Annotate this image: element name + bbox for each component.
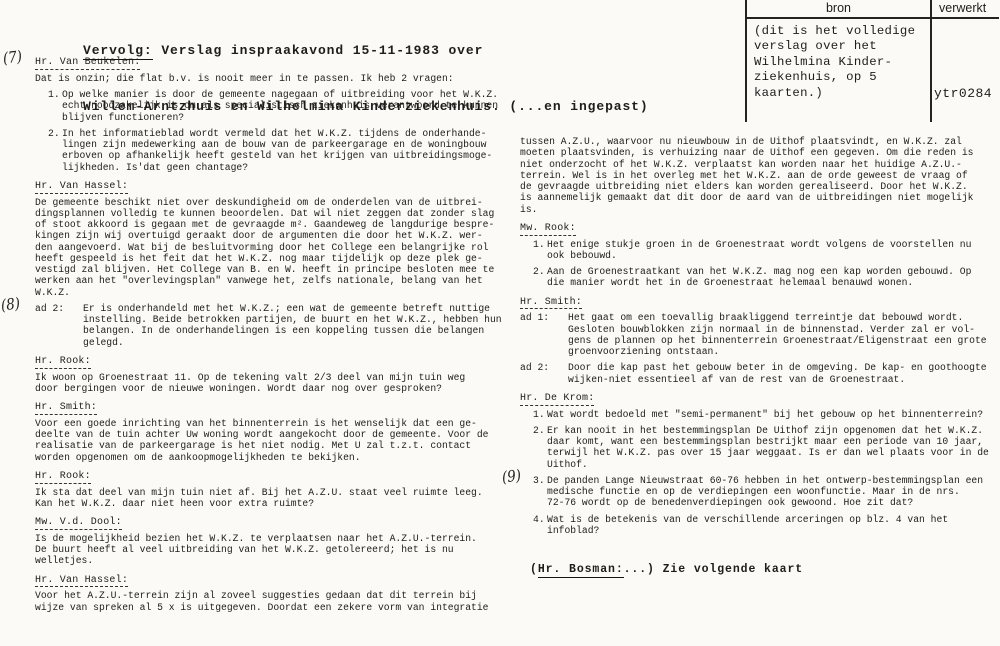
stamp-box-processing-code: ytr0284 — [934, 86, 992, 101]
paragraph-text: Ik woon op Groenestraat 11. Op de tekeni… — [35, 372, 500, 395]
paragraph: tussen A.Z.U., waarvoor nu nieuwbouw in … — [520, 136, 992, 215]
handwritten-margin-number: (8) — [0, 298, 20, 313]
stamp-box-bron-header: bron — [747, 1, 930, 15]
item-text: De panden Lange Nieuwstraat 60-76 hebben… — [547, 475, 992, 509]
stamp-box-header-rule — [747, 17, 999, 19]
speaker-name: Hr. Van Beukelen: — [35, 57, 140, 70]
speaker-name: Hr. De Krom: — [520, 393, 594, 406]
stamp-box-verwerkt-header: verwerkt — [939, 1, 986, 15]
speaker-name: Hr. Smith: — [520, 297, 582, 310]
paragraph-text: Ik sta dat deel van mijn tuin niet af. B… — [35, 487, 500, 510]
item-label: 2. — [533, 266, 545, 277]
list-item: ad 2:Door die kap past het gebouw beter … — [520, 362, 992, 385]
item-text: Door die kap past het gebouw beter in de… — [568, 362, 992, 385]
paragraph: Dat is onzin; die flat b.v. is nooit mee… — [35, 73, 500, 84]
list-item: (8)ad 2:Er is onderhandeld met het W.K.Z… — [35, 303, 500, 348]
list-item: 2.In het informatieblad wordt vermeld da… — [35, 128, 500, 173]
speaker-heading: Hr. Smith: — [35, 401, 500, 415]
speaker-heading: Mw. Rook: — [520, 222, 992, 236]
item-text: Het enige stukje groen in de Groenestraa… — [547, 239, 992, 262]
paragraph: De gemeente beschikt niet over deskundig… — [35, 197, 500, 298]
list-item: 2.Aan de Groenestraatkant van het W.K.Z.… — [520, 266, 992, 289]
paragraph: Ik sta dat deel van mijn tuin niet af. B… — [35, 487, 500, 510]
item-text: Er is onderhandeld met het W.K.Z.; een w… — [83, 303, 500, 348]
paragraph: Voor een goede inrichting van het binnen… — [35, 418, 500, 463]
paragraph: Is de mogelijkheid bezien het W.K.Z. te … — [35, 533, 500, 567]
paragraph-text: tussen A.Z.U., waarvoor nu nieuwbouw in … — [520, 136, 992, 215]
speaker-heading: Hr. Rook: — [35, 355, 500, 369]
item-label: 1. — [533, 409, 545, 420]
item-label: 1. — [48, 89, 60, 100]
list-item: ad 1:Het gaat om een toevallig braakligg… — [520, 312, 992, 357]
item-label: ad 2: — [520, 362, 549, 373]
speaker-name: Mw. V.d. Dool: — [35, 517, 122, 530]
paragraph: Voor het A.Z.U.-terrein zijn al zoveel s… — [35, 590, 500, 613]
speaker-name: Mw. Rook: — [520, 223, 576, 236]
item-label: 1. — [533, 239, 545, 250]
speaker-heading: Mw. V.d. Dool: — [35, 516, 500, 530]
speaker-name: Hr. Van Hassel: — [35, 181, 128, 194]
item-text: Aan de Groenestraatkant van het W.K.Z. m… — [547, 266, 992, 289]
list-item: 1.Wat wordt bedoeld met "semi-permanent"… — [520, 409, 992, 420]
left-text-column: (7)Hr. Van Beukelen:Dat is onzin; die fl… — [35, 56, 500, 618]
scanned-document-page: Vervolg: Verslag inspraakavond 15-11-198… — [0, 0, 1000, 646]
item-text: Op welke manier is door de gemeente nage… — [62, 89, 500, 123]
speaker-heading: Hr. Van Hassel: — [35, 574, 500, 588]
speaker-name: Hr. Rook: — [35, 471, 91, 484]
item-label: 2. — [48, 128, 60, 139]
item-text: Wat is de betekenis van de verschillende… — [547, 514, 992, 537]
paragraph-text: Is de mogelijkheid bezien het W.K.Z. te … — [35, 533, 500, 567]
item-label: 2. — [533, 425, 545, 436]
stamp-box: bron verwerkt (dit is het volledige vers… — [745, 0, 999, 122]
paragraph: Ik woon op Groenestraat 11. Op de tekeni… — [35, 372, 500, 395]
paragraph-text: Voor een goede inrichting van het binnen… — [35, 418, 500, 463]
speaker-name: Hr. Smith: — [35, 402, 97, 415]
speaker-heading: Hr. Rook: — [35, 470, 500, 484]
item-text: Wat wordt bedoeld met "semi-permanent" b… — [547, 409, 992, 420]
right-text-column: tussen A.Z.U., waarvoor nu nieuwbouw in … — [520, 136, 992, 575]
item-label: 3. — [533, 475, 545, 486]
closing-speaker-name: Hr. Bosman: — [538, 563, 624, 578]
item-label: 4. — [533, 514, 545, 525]
item-label: ad 1: — [520, 312, 549, 323]
stamp-box-source-note: (dit is het volledige verslag over het W… — [754, 24, 915, 101]
paragraph-text: De gemeente beschikt niet over deskundig… — [35, 197, 500, 298]
handwritten-margin-number: (7) — [2, 51, 22, 66]
item-label: ad 2: — [35, 303, 64, 314]
closing-open-paren: ( — [530, 563, 538, 576]
speaker-heading: (7)Hr. Van Beukelen: — [35, 56, 500, 70]
list-item: (9)3.De panden Lange Nieuwstraat 60-76 h… — [520, 475, 992, 509]
speaker-name: Hr. Rook: — [35, 356, 91, 369]
list-item: 4.Wat is de betekenis van de verschillen… — [520, 514, 992, 537]
speaker-heading: Hr. De Krom: — [520, 392, 992, 406]
list-item: 1.Op welke manier is door de gemeente na… — [35, 89, 500, 123]
speaker-heading: Hr. Van Hassel: — [35, 180, 500, 194]
item-text: In het informatieblad wordt vermeld dat … — [62, 128, 500, 173]
list-item: 1.Het enige stukje groen in de Groenestr… — [520, 239, 992, 262]
speaker-heading: Hr. Smith: — [520, 296, 992, 310]
closing-note: (Hr. Bosman:...) Zie volgende kaart — [530, 564, 992, 575]
item-text: Er kan nooit in het bestemmingsplan De U… — [547, 425, 992, 470]
paragraph-text: Dat is onzin; die flat b.v. is nooit mee… — [35, 73, 500, 84]
paragraph-text: Voor het A.Z.U.-terrein zijn al zoveel s… — [35, 590, 500, 613]
list-item: 2.Er kan nooit in het bestemmingsplan De… — [520, 425, 992, 470]
handwritten-margin-number: (9) — [501, 470, 521, 485]
speaker-name: Hr. Van Hassel: — [35, 575, 128, 588]
closing-rest: ...) Zie volgende kaart — [624, 563, 803, 576]
item-text: Het gaat om een toevallig braakliggend t… — [568, 312, 992, 357]
